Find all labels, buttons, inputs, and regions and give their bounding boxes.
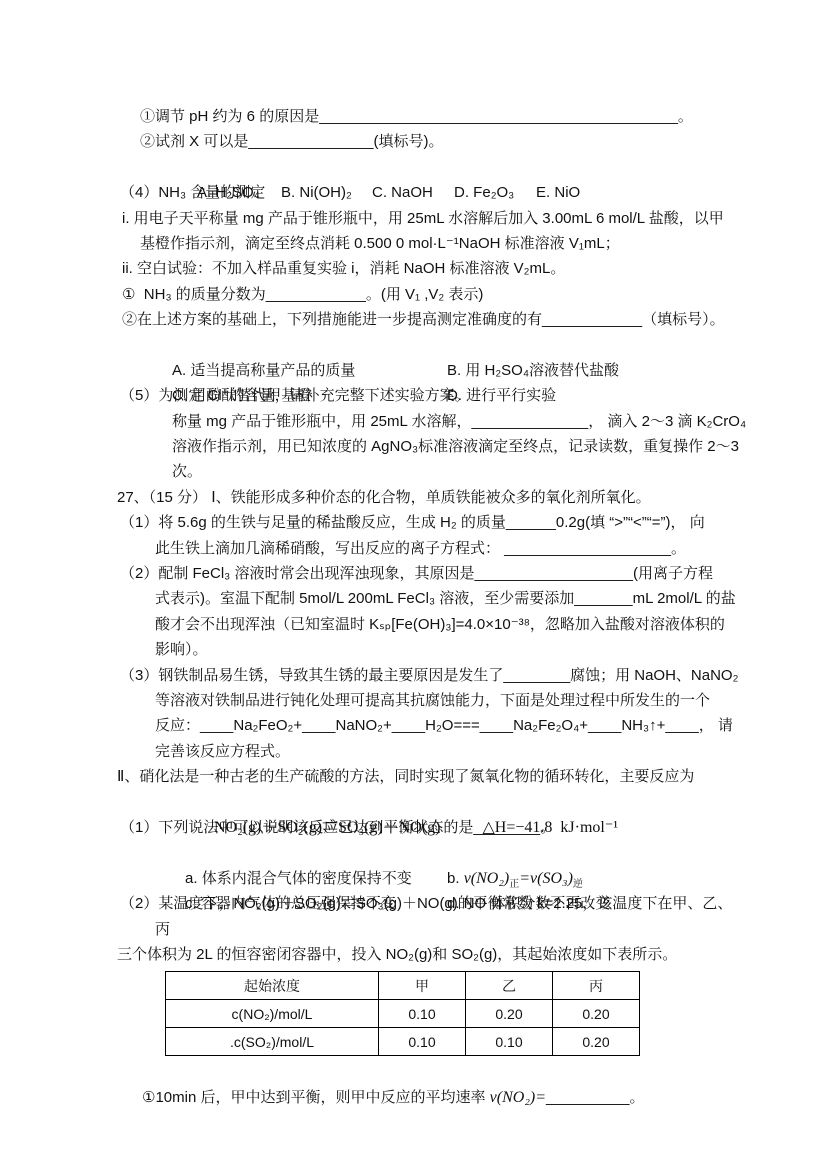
main-reaction-equation: NO₂(g)＋SO₂(g)⇌SO₃(g)＋NO(g)△H=−41.8 kJ·mo… xyxy=(190,790,716,815)
line-reagent-x-blank: ②试剂 X 可以是_______________(填标号)。 xyxy=(140,129,716,154)
rate-question-text: ①10min 后，甲中达到平衡，则甲中反应的平均速率 xyxy=(142,1089,490,1106)
options-row-reagent-x: A. H₂SO₄B. Ni(OH)₂C. NaOHD. Fe₂O₃E. NiO xyxy=(172,155,716,180)
rate-period: 。 xyxy=(629,1089,644,1106)
rate-blank: __________ xyxy=(546,1089,629,1106)
options-row-accuracy-ab: A. 适当提高称量产品的质量B. 用 H₂SO₄溶液替代盐酸 xyxy=(147,333,716,358)
line-q27-2b: 式表示)。室温下配制 5mol/L 200mL FeCl₃ 溶液，至少需要添加_… xyxy=(155,586,716,611)
header-initial-concentration: 起始浓度 xyxy=(166,972,379,1000)
cell-no2-label: c(NO₂)/mol/L xyxy=(166,1000,379,1028)
line-q27-1a: （1）将 5.6g 的生铁与足量的稀盐酸反应，生成 H₂ 的质量______0.… xyxy=(120,510,716,535)
option-a: A. 适当提高称量产品的质量 xyxy=(172,358,447,383)
equals-sign: = xyxy=(519,870,530,887)
table-row-no2: c(NO₂)/mol/L 0.10 0.20 0.20 xyxy=(166,1000,640,1028)
subscript-forward: 正 xyxy=(509,879,519,890)
cell-so2-bing: 0.20 xyxy=(553,1028,640,1056)
heading-cl-determination: （5）为测定 Cl⁻的含量，请补充完整下述实验方案。 xyxy=(120,383,716,408)
line-average-rate: ①10min 后，甲中达到平衡，则甲中反应的平均速率 v(NO₂)=______… xyxy=(117,1059,716,1084)
table-row-so2: .c(SO₂)/mol/L 0.10 0.10 0.20 xyxy=(166,1028,640,1056)
line-improve-accuracy: ②在上述方案的基础上，下列措施能进一步提高测定准确度的有____________… xyxy=(122,307,716,332)
option-b: B. 用 H₂SO₄溶液替代盐酸 xyxy=(447,362,619,379)
line-q27-2c: 酸才会不出现浑浊（已知室温时 Kₛₚ[Fe(OH)₃]=4.0×10⁻³⁸，忽略… xyxy=(155,612,716,637)
table-header-row: 起始浓度 甲 乙 丙 xyxy=(166,972,640,1000)
line-cl-plan-2: 溶液作指示剂，用已知浓度的 AgNO₃标准溶液滴定至终点，记录读数，重复操作 2… xyxy=(172,434,716,459)
option-c: C. NaOH xyxy=(372,180,454,205)
line-cl-plan-1: 称量 mg 产品于锥形瓶中，用 25mL 水溶解，______________，… xyxy=(172,409,716,434)
heading-part-ii: Ⅱ、硝化法是一种古老的生产硫酸的方法，同时实现了氮氧化物的循环转化，主要反应为 xyxy=(117,764,716,789)
initial-concentration-table: 起始浓度 甲 乙 丙 c(NO₂)/mol/L 0.10 0.20 0.20 .… xyxy=(165,971,640,1056)
line-q27-3a: （3）钢铁制品易生锈，导致其生锈的最主要原因是发生了________腐蚀；用 N… xyxy=(120,663,716,688)
subscript-reverse: 逆 xyxy=(573,879,583,890)
line-nh3-mass-fraction: ① NH₃ 的质量分数为____________。(用 V₁ ,V₂ 表示) xyxy=(122,282,716,307)
cell-no2-jia: 0.10 xyxy=(379,1000,466,1028)
option-b: B. Ni(OH)₂ xyxy=(281,180,372,205)
cell-so2-label: .c(SO₂)/mol/L xyxy=(166,1028,379,1056)
document-content: ①调节 pH 约为 6 的原因是________________________… xyxy=(117,104,716,1085)
header-vessel-bing: 丙 xyxy=(553,972,640,1000)
line-q27-3b: 等溶液对铁制品进行钝化处理可提高其抗腐蚀能力，下面是处理过程中所发生的一个 xyxy=(155,688,716,713)
cell-no2-yi: 0.20 xyxy=(466,1000,553,1028)
line-q27-2a: （2）配制 FeCl₃ 溶液时常会出现浑浊现象，其原因是____________… xyxy=(120,561,716,586)
rate-no2-expression: v(NO₂)= xyxy=(490,1089,546,1106)
option-b: b. v(NO₂)正=v(SO₃)逆 xyxy=(447,870,583,887)
line-q-k-constant-b: 丙 xyxy=(155,917,716,942)
cell-no2-bing: 0.20 xyxy=(553,1000,640,1028)
line-table-intro: 三个体积为 2L 的恒容密闭容器中，投入 NO₂(g)和 SO₂(g)，其起始浓… xyxy=(117,942,716,967)
line-step-i-1: i. 用电子天平称量 mg 产品于锥形瓶中，用 25mL 水溶解后加入 3.00… xyxy=(122,206,716,231)
line-q27-1b: 此生铁上滴加几滴稀硝酸，写出反应的离子方程式： ________________… xyxy=(155,536,716,561)
line-step-ii: ii. 空白试验：不加入样品重复实验 i，消耗 NaOH 标准溶液 V₂mL。 xyxy=(122,256,716,281)
line-q-equilibrium-state: （1）下列说法中可以说明该反应已达到平衡状态的是________。 xyxy=(120,815,716,840)
line-q27-3-reaction: 反应：____Na₂FeO₂+____NaNO₂+____H₂O===____N… xyxy=(155,713,716,738)
option-b-label: b. xyxy=(447,870,464,887)
line-step-i-2: 基橙作指示剂，滴定至终点消耗 0.500 0 mol·L⁻¹NaOH 标准溶液 … xyxy=(140,231,716,256)
line-q27-2d: 影响）。 xyxy=(155,637,716,662)
header-vessel-yi: 乙 xyxy=(466,972,553,1000)
line-q-k-constant-a: （2）某温度下，NO₂(g)＋SO₂(g)⇌SO₃(g)＋NO(g)的平衡常数 … xyxy=(120,891,716,916)
rate-reverse: v(SO₃) xyxy=(530,870,573,887)
option-e: E. NiO xyxy=(536,184,580,201)
header-vessel-jia: 甲 xyxy=(379,972,466,1000)
line-cl-plan-3: 次。 xyxy=(172,459,716,484)
cell-so2-yi: 0.10 xyxy=(466,1028,553,1056)
option-d: D. Fe₂O₃ xyxy=(454,180,536,205)
cell-so2-jia: 0.10 xyxy=(379,1028,466,1056)
rate-forward: v(NO₂) xyxy=(464,870,510,887)
exam-document-page: ①调节 pH 约为 6 的原因是________________________… xyxy=(0,0,826,1169)
line-q27-3c: 完善该反应方程式。 xyxy=(155,739,716,764)
option-a: a. 体系内混合气体的密度保持不变 xyxy=(185,866,447,891)
line-ph-adjust-reason: ①调节 pH 约为 6 的原因是________________________… xyxy=(140,104,716,129)
heading-question-27: 27、（15 分） Ⅰ、铁能形成多种价态的化合物，单质铁能被众多的氧化剂所氧化。 xyxy=(117,485,716,510)
options-row-equilibrium-ab: a. 体系内混合气体的密度保持不变b. v(NO₂)正=v(SO₃)逆 xyxy=(160,840,716,865)
